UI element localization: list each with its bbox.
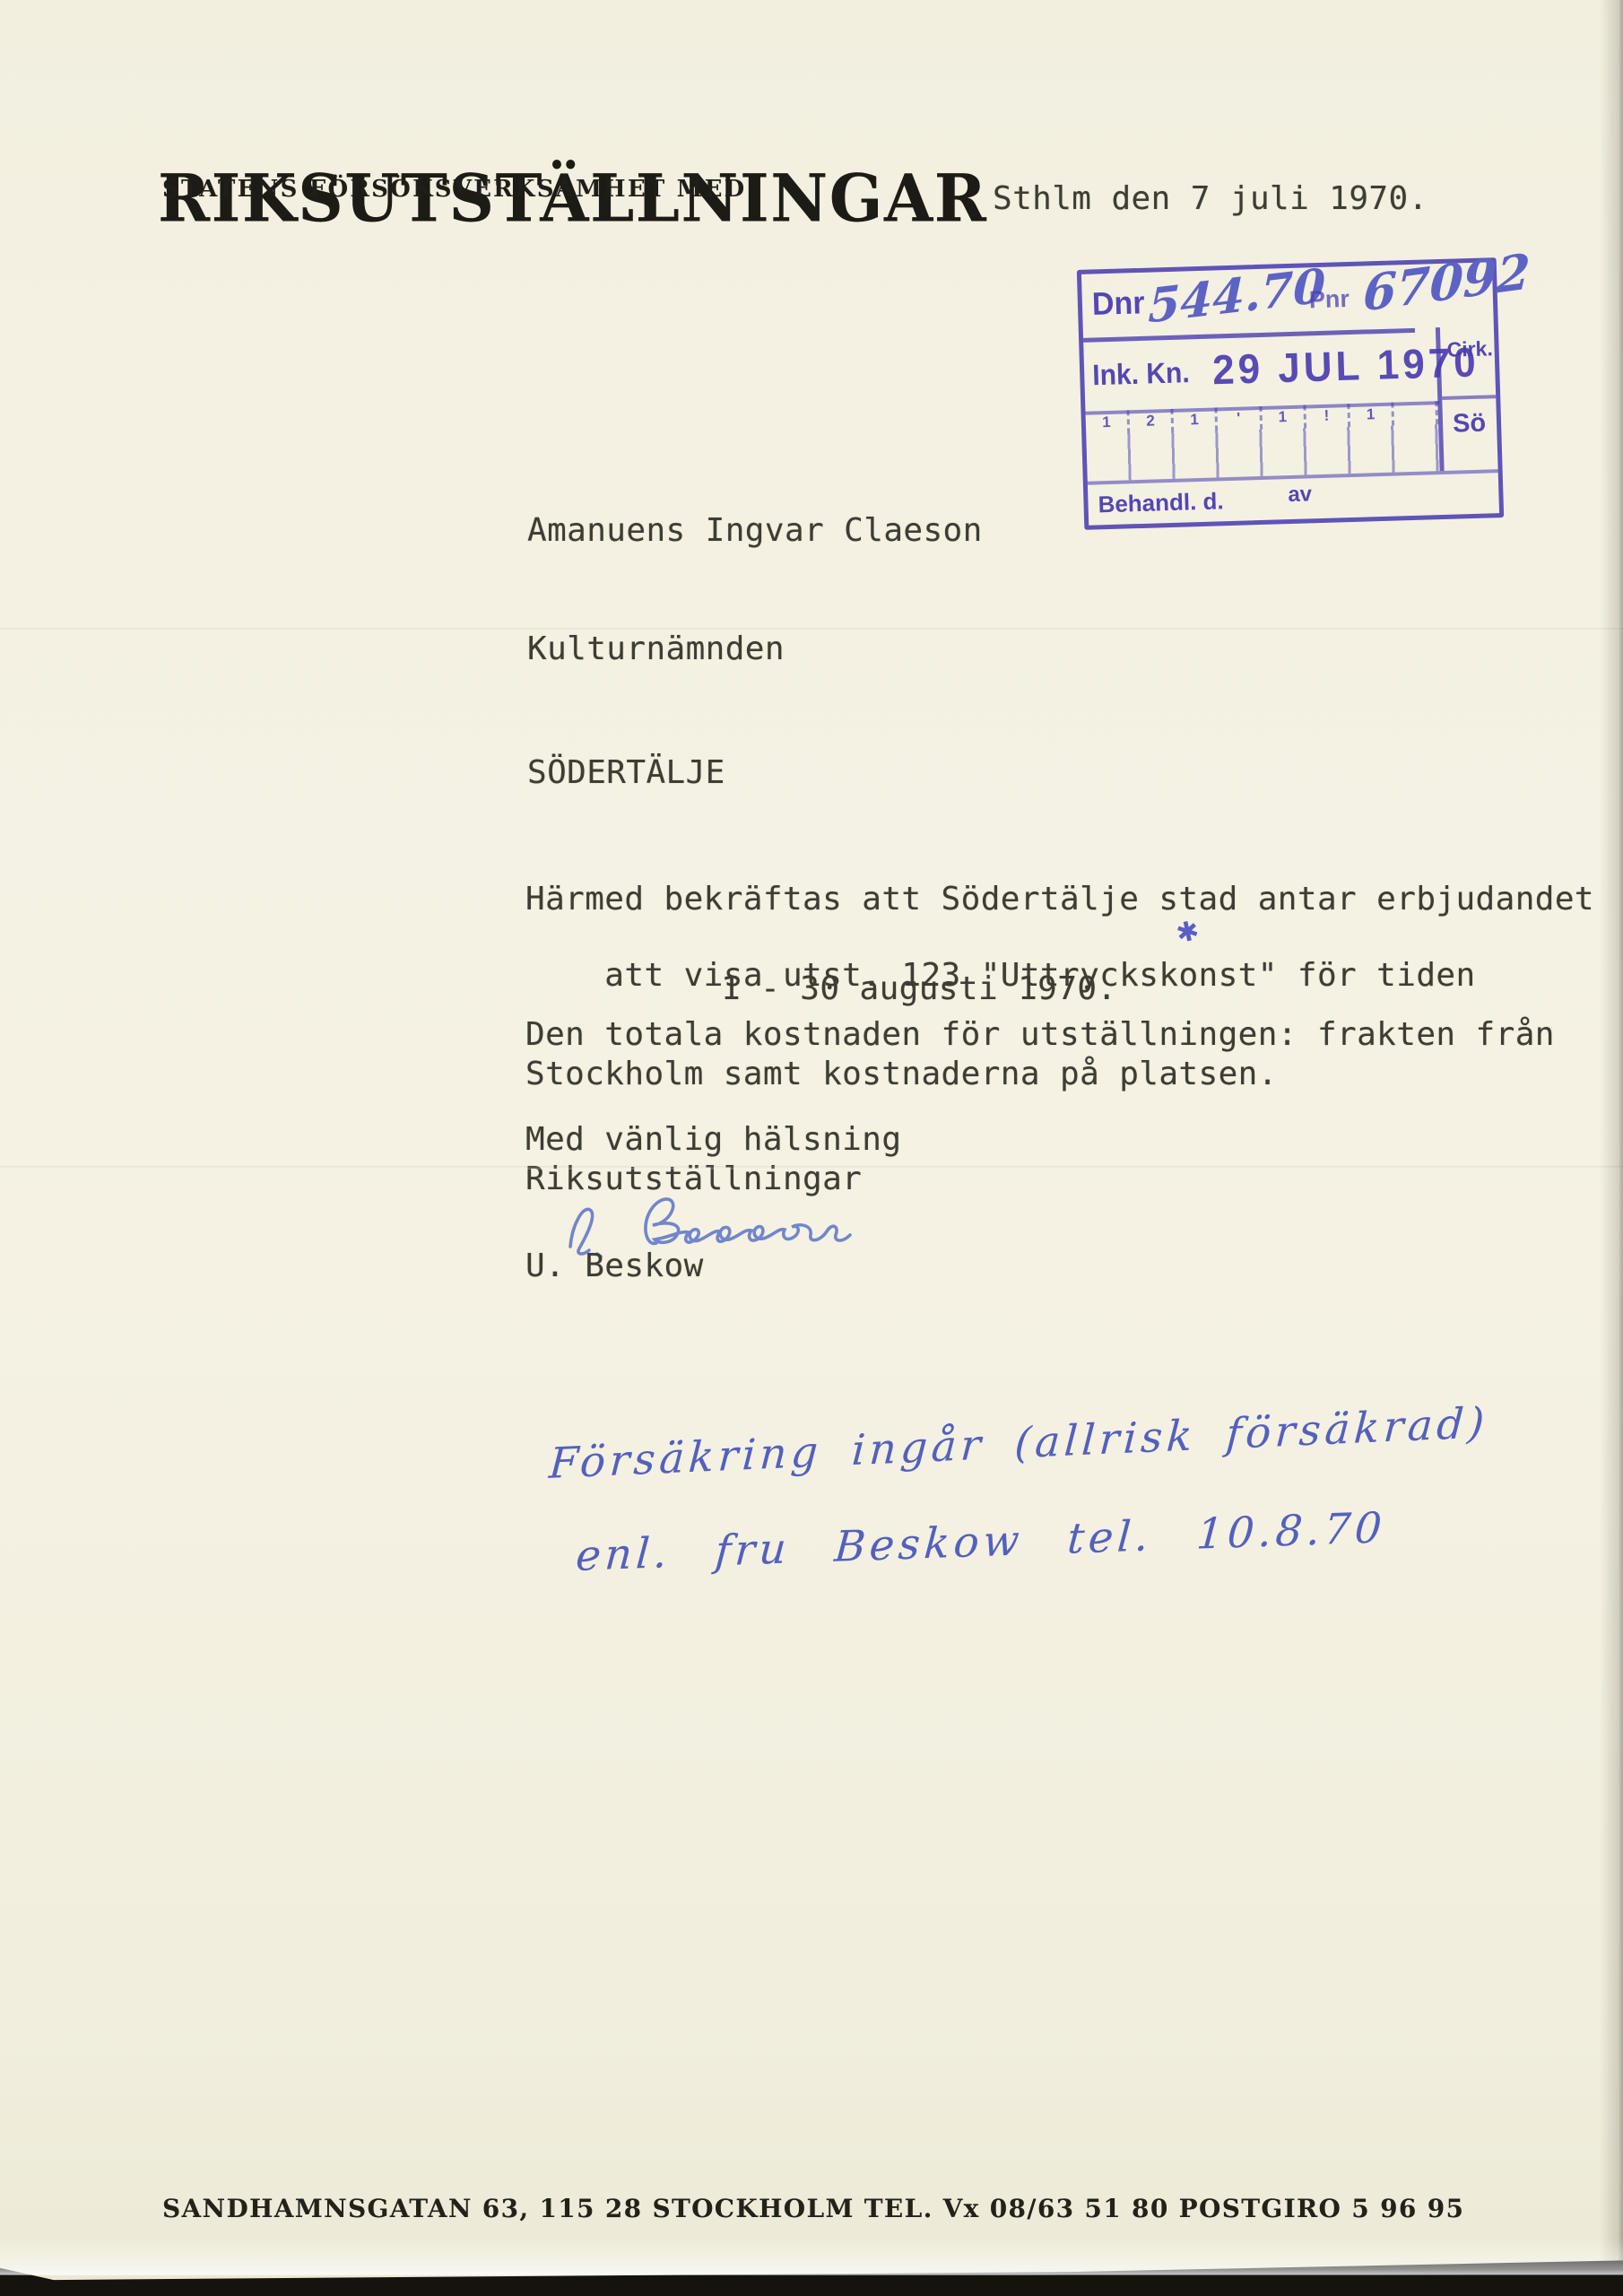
letterhead-tagline: STATENS FÖRSÖKSVERKSAMHET MED	[162, 176, 746, 203]
handwritten-note-line1: Försäkring ingår (allrisk försäkrad)	[548, 1398, 1490, 1489]
stamp-grid-cell: !	[1306, 404, 1350, 428]
stamp-pnr-value-handwritten: 67092	[1362, 242, 1532, 323]
stamp-cirk-label: Cirk.	[1446, 336, 1493, 362]
scan-edge-shadow	[1600, 0, 1623, 2269]
stamp-grid-cell: 1	[1350, 403, 1394, 427]
letter-page: RIKSUTSTÄLLNINGAR STATENS FÖRSÖKSVERKSAM…	[0, 0, 1623, 2296]
stamp-grid-cell: 1	[1174, 407, 1219, 431]
closing-salutation: Med vänlig hälsning	[525, 1121, 901, 1158]
body-line: Den totala kostnaden för utställningen: …	[525, 1016, 1555, 1053]
body-line: Stockholm samt kostnaderna på platsen.	[525, 1056, 1278, 1092]
recipient-org: Kulturnämnden	[527, 630, 983, 669]
exhibition-date-range: 1 - 30 augusti 1970.	[721, 970, 1116, 1007]
recipient-city: SÖDERTÄLJE	[527, 753, 983, 793]
ink-correction-mark: ✱	[1174, 915, 1202, 951]
stamp-grid-cell	[1393, 401, 1438, 425]
paper-fold-crease	[0, 1166, 1623, 1170]
signature-stroke	[646, 1199, 850, 1243]
stamp-grid-cell: 1	[1262, 405, 1306, 430]
stamp-grid-cell: 2	[1130, 409, 1175, 433]
stamp-so-label: Sö	[1453, 409, 1487, 439]
document-scan: { "letterhead": { "tagline": "STATENS FÖ…	[0, 0, 1623, 2296]
stamp-ink-label: Ink. Kn.	[1092, 357, 1190, 393]
stamp-behandl-label: Behandl. d.	[1098, 487, 1224, 518]
stamp-av-label: av	[1288, 482, 1313, 508]
stamp-grid-cell: 1	[1085, 410, 1130, 434]
stamp-pnr-label: Pnr	[1308, 285, 1350, 314]
registry-stamp: Dnr 544.70 Pnr 67092 Ink. Kn. 29 JUL 197…	[1077, 257, 1504, 530]
handwritten-note-line2: enl. fru Beskow tel. 10.8.70	[574, 1503, 1387, 1581]
stamp-dnr-label: Dnr	[1091, 285, 1145, 324]
recipient-name: Amanuens Ingvar Claeson	[527, 511, 983, 551]
typed-signature-name: U. Beskow	[525, 1248, 704, 1284]
stamp-grid-cell: '	[1218, 406, 1263, 430]
stamp-received-date: 29 JUL 1970	[1211, 339, 1480, 394]
paper-fold-crease	[0, 628, 1623, 631]
body-line: Härmed bekräftas att Södertälje stad ant…	[525, 881, 1594, 918]
footer-address: SANDHAMNSGATAN 63, 115 28 STOCKHOLM TEL.…	[162, 2194, 1464, 2223]
letter-date: Sthlm den 7 juli 1970.	[993, 180, 1428, 217]
recipient-address: Amanuens Ingvar Claeson Kulturnämnden SÖ…	[527, 432, 983, 872]
